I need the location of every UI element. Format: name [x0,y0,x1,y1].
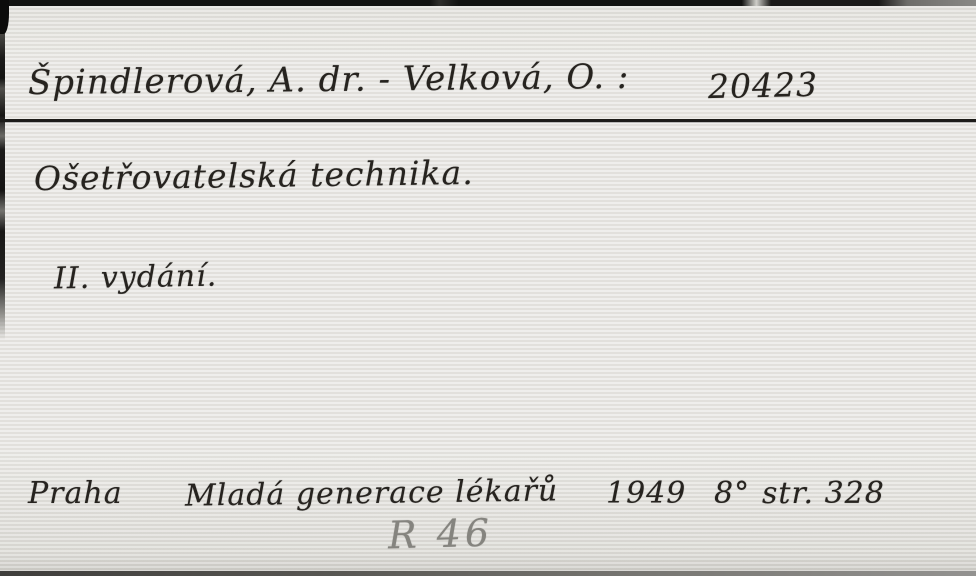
catalog-card-scan: Špindlerová, A. dr. - Velková, O. : 2042… [0,0,976,576]
scan-edge-corner [0,0,9,34]
author-heading: Špindlerová, A. dr. - Velková, O. : [28,57,630,103]
pencil-shelfmark: R 46 [387,511,493,558]
scan-edge-top [0,0,976,6]
edition-note: II. vydání. [54,259,218,297]
accession-number: 20423 [708,65,819,106]
imprint-place: Praha [28,476,123,511]
book-title: Ošetřovatelská technika. [34,153,474,198]
imprint-publisher: Mladá generace lékařů [185,473,559,513]
scan-edge-bottom [0,571,976,576]
imprint-year: 1949 [606,476,686,511]
imprint-format: 8° [714,476,750,511]
scan-edge-left [0,0,5,340]
heading-rule-line [0,119,976,122]
imprint-pages: str. 328 [762,476,885,511]
